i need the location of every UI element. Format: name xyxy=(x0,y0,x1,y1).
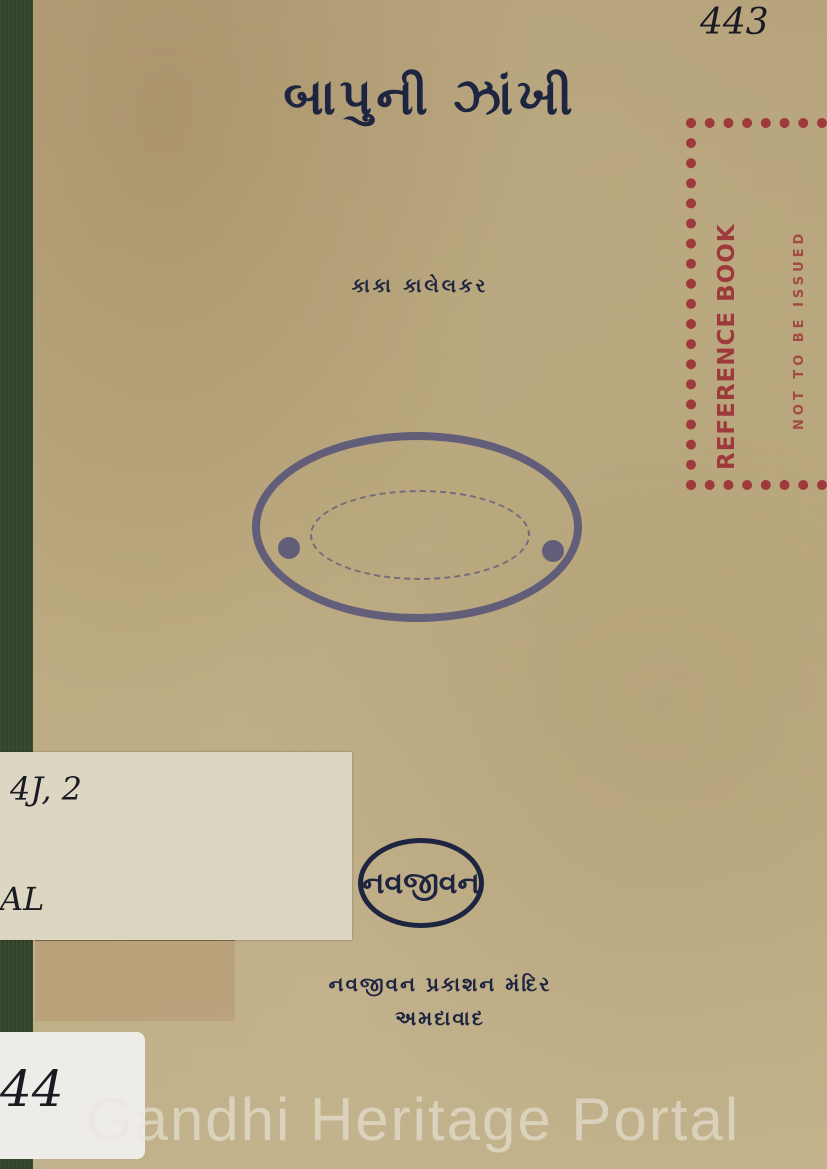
book-author: કાકા કાલેલકર xyxy=(330,275,510,297)
book-spine xyxy=(0,0,33,1169)
library-oval-stamp-inner xyxy=(310,490,530,580)
book-title: બાપુની ઝાંખી xyxy=(230,68,630,127)
stamp-dot-right xyxy=(542,540,564,562)
publisher-city: અમદાવાદ xyxy=(300,1006,580,1030)
reference-stamp-text: REFERENCE BOOK xyxy=(714,223,740,470)
handwritten-number: 443 xyxy=(700,2,769,43)
watermark: Gandhi Heritage Portal xyxy=(8,1085,818,1154)
stamp-dot-left xyxy=(278,537,300,559)
publisher-name: નવજીવન પ્રકાશન મંદિર xyxy=(300,972,580,996)
label-handwriting-1: 4J, 2 xyxy=(10,770,82,808)
publisher-logo: નવજીવન xyxy=(358,838,484,928)
reference-stamp-subtext: NOT TO BE ISSUED xyxy=(792,230,807,430)
publisher-logo-text: નવજીવન xyxy=(362,866,480,901)
label-handwriting-2: AL xyxy=(0,880,44,918)
card-pocket xyxy=(35,940,235,1021)
